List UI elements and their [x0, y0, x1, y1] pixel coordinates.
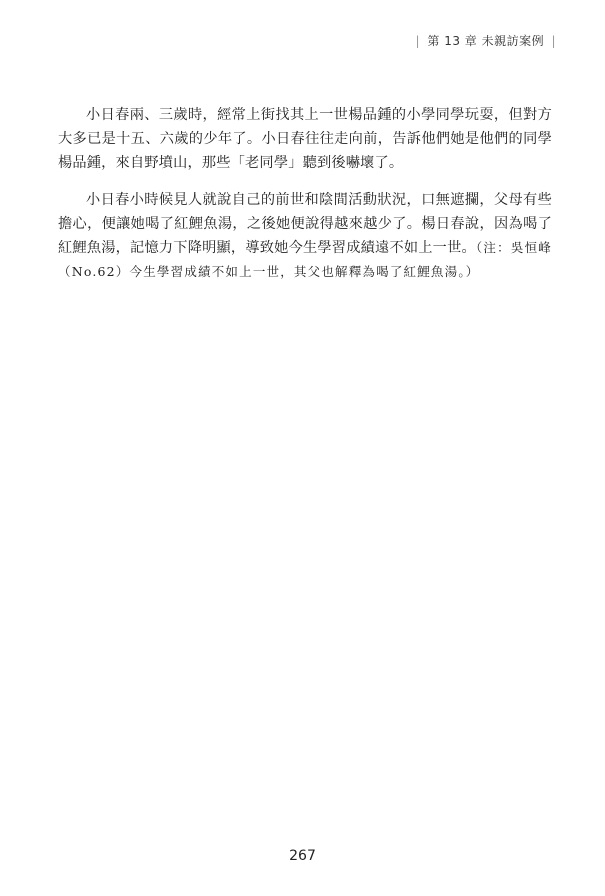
header-divider: |	[548, 34, 559, 48]
chapter-number: 第 13 章	[427, 34, 477, 48]
running-header: | 第 13 章 未親訪案例 |	[413, 32, 560, 49]
body-paragraph: 小日春兩、三歲時，經常上街找其上一世楊品鍾的小學同學玩耍，但對方大多已是十五、六…	[58, 103, 552, 175]
page-number: 267	[0, 848, 605, 864]
body-paragraph: 小日春小時候見人就說自己的前世和陰間活動狀況，口無遮攔，父母有些擔心，便讓她喝了…	[58, 188, 552, 284]
chapter-title: 未親訪案例	[482, 34, 545, 48]
paragraph-text: 小日春兩、三歲時，經常上街找其上一世楊品鍾的小學同學玩耍，但對方大多已是十五、六…	[58, 107, 552, 171]
header-divider: |	[413, 34, 424, 48]
